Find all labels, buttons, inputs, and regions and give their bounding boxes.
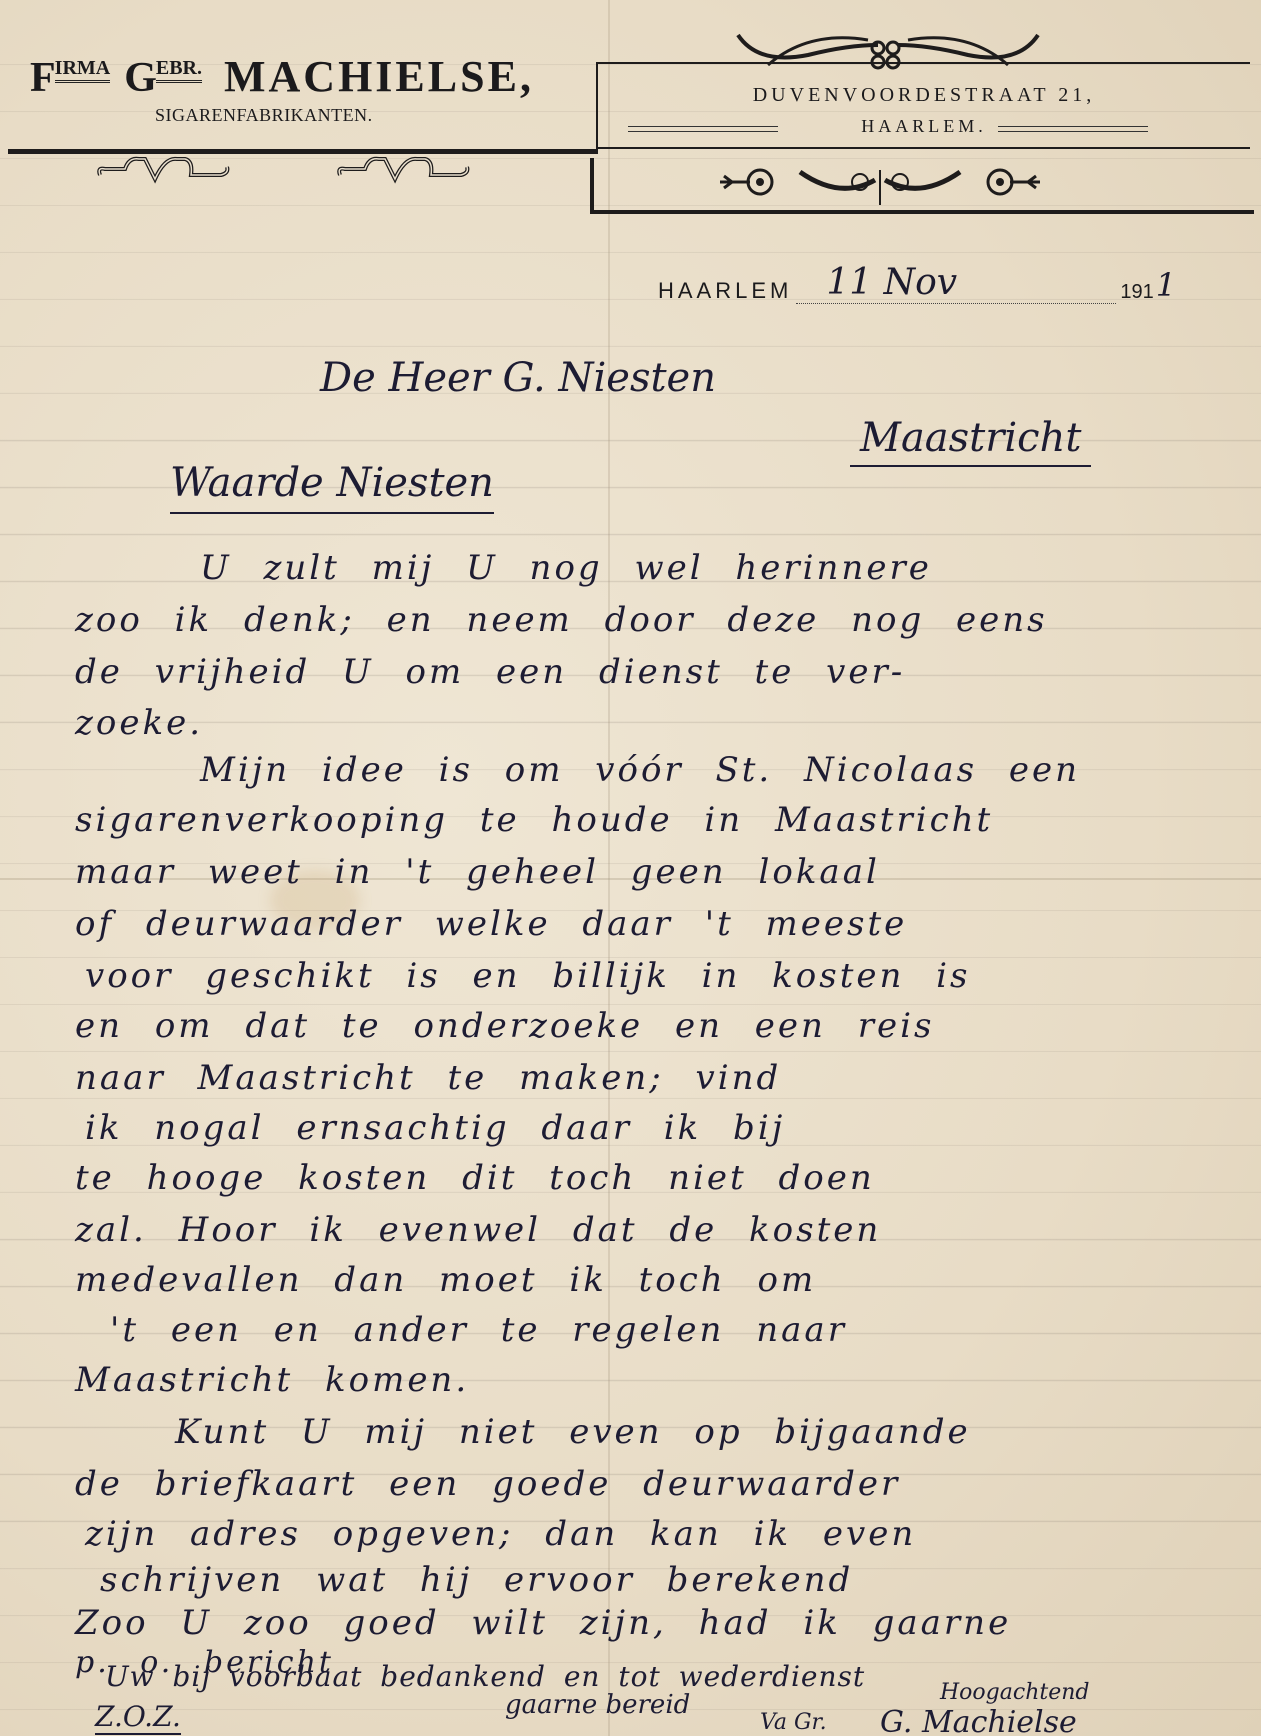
flourish-ornament-icon [710,160,1050,210]
body-line: 't een en ander te regelen naar [110,1310,847,1350]
company-name: MACHIELSE, [224,55,534,99]
squiggle-ornament-icon [95,155,235,185]
firm-abbreviation: Va Gr. [760,1710,827,1735]
double-rule [998,126,1148,132]
closing-phrase: gaarne bereid [505,1690,690,1720]
date-place: HAARLEM [658,278,792,304]
body-line: maar weet in 't geheel geen lokaal [75,852,880,892]
squiggle-ornament-icon [335,155,475,185]
signature: G. Machielse [880,1705,1077,1736]
recipient-city: Maastricht [850,415,1091,467]
body-line: Mijn idee is om vóór St. Nicolaas een [200,750,1080,790]
closing-greeting: Hoogachtend [940,1680,1089,1705]
body-line: de briefkaart een goede deurwaarder [75,1464,900,1504]
firma-label: F IRMA [30,57,110,99]
address-box: DUVENVOORDESTRAAT 21, HAARLEM. [596,62,1250,149]
body-line: zal. Hoor ik evenwel dat de kosten [75,1210,881,1250]
body-line: Uw bij voorbaat bedankend en tot wederdi… [105,1660,865,1693]
recipient-name: De Heer G. Niesten [320,355,716,401]
body-line: Maastricht komen. [75,1360,469,1400]
salutation: Waarde Niesten [170,460,494,514]
body-line: zoeke. [75,703,203,743]
body-line: U zult mij U nog wel herinnere [200,548,932,588]
date-dotted-line: 11 Nov [796,285,1116,304]
address-city: HAARLEM. [598,116,1250,137]
body-line: ik nogal ernsachtig daar ik bij [85,1108,785,1148]
body-line: voor geschikt is en billijk in kosten is [85,956,971,996]
pto-note: Z.O.Z. [95,1700,181,1735]
body-line: de vrijheid U om een dienst te ver- [75,652,905,692]
body-line: naar Maastricht te maken; vind [75,1058,781,1098]
body-line: zoo ik denk; en neem door deze nog eens [75,600,1048,640]
body-line: schrijven wat hij ervoor berekend [100,1560,853,1600]
body-line: sigarenverkooping te houde in Maastricht [75,800,993,840]
body-line: Zoo U zoo goed wilt zijn, had ik gaarne [75,1603,1011,1643]
letter-page: F IRMA G EBR. MACHIELSE, SIGARENFABRIKAN… [0,0,1261,1736]
date-year-printed: 191 [1120,281,1153,304]
body-line: te hooge kosten dit toch niet doen [75,1158,875,1198]
body-line: en om dat te onderzoeke en een reis [75,1006,934,1046]
letterhead-company: F IRMA G EBR. MACHIELSE, [30,55,534,99]
date-day-month: 11 Nov [826,262,957,303]
company-subtitle: SIGARENFABRIKANTEN. [155,105,373,126]
body-line: medevallen dan moet ik toch om [75,1260,816,1300]
gebr-label: G EBR. [124,57,202,99]
letterhead-rule [8,149,598,154]
address-street: DUVENVOORDESTRAAT 21, [598,84,1250,107]
dateline: HAARLEM 11 Nov 191 1 [658,266,1176,304]
body-line: Kunt U mij niet even op bijgaande [175,1412,971,1452]
body-line: zijn adres opgeven; dan kan ik even [85,1514,916,1554]
body-line: of deurwaarder welke daar 't meeste [75,904,907,944]
date-year-handwritten: 1 [1156,266,1176,304]
